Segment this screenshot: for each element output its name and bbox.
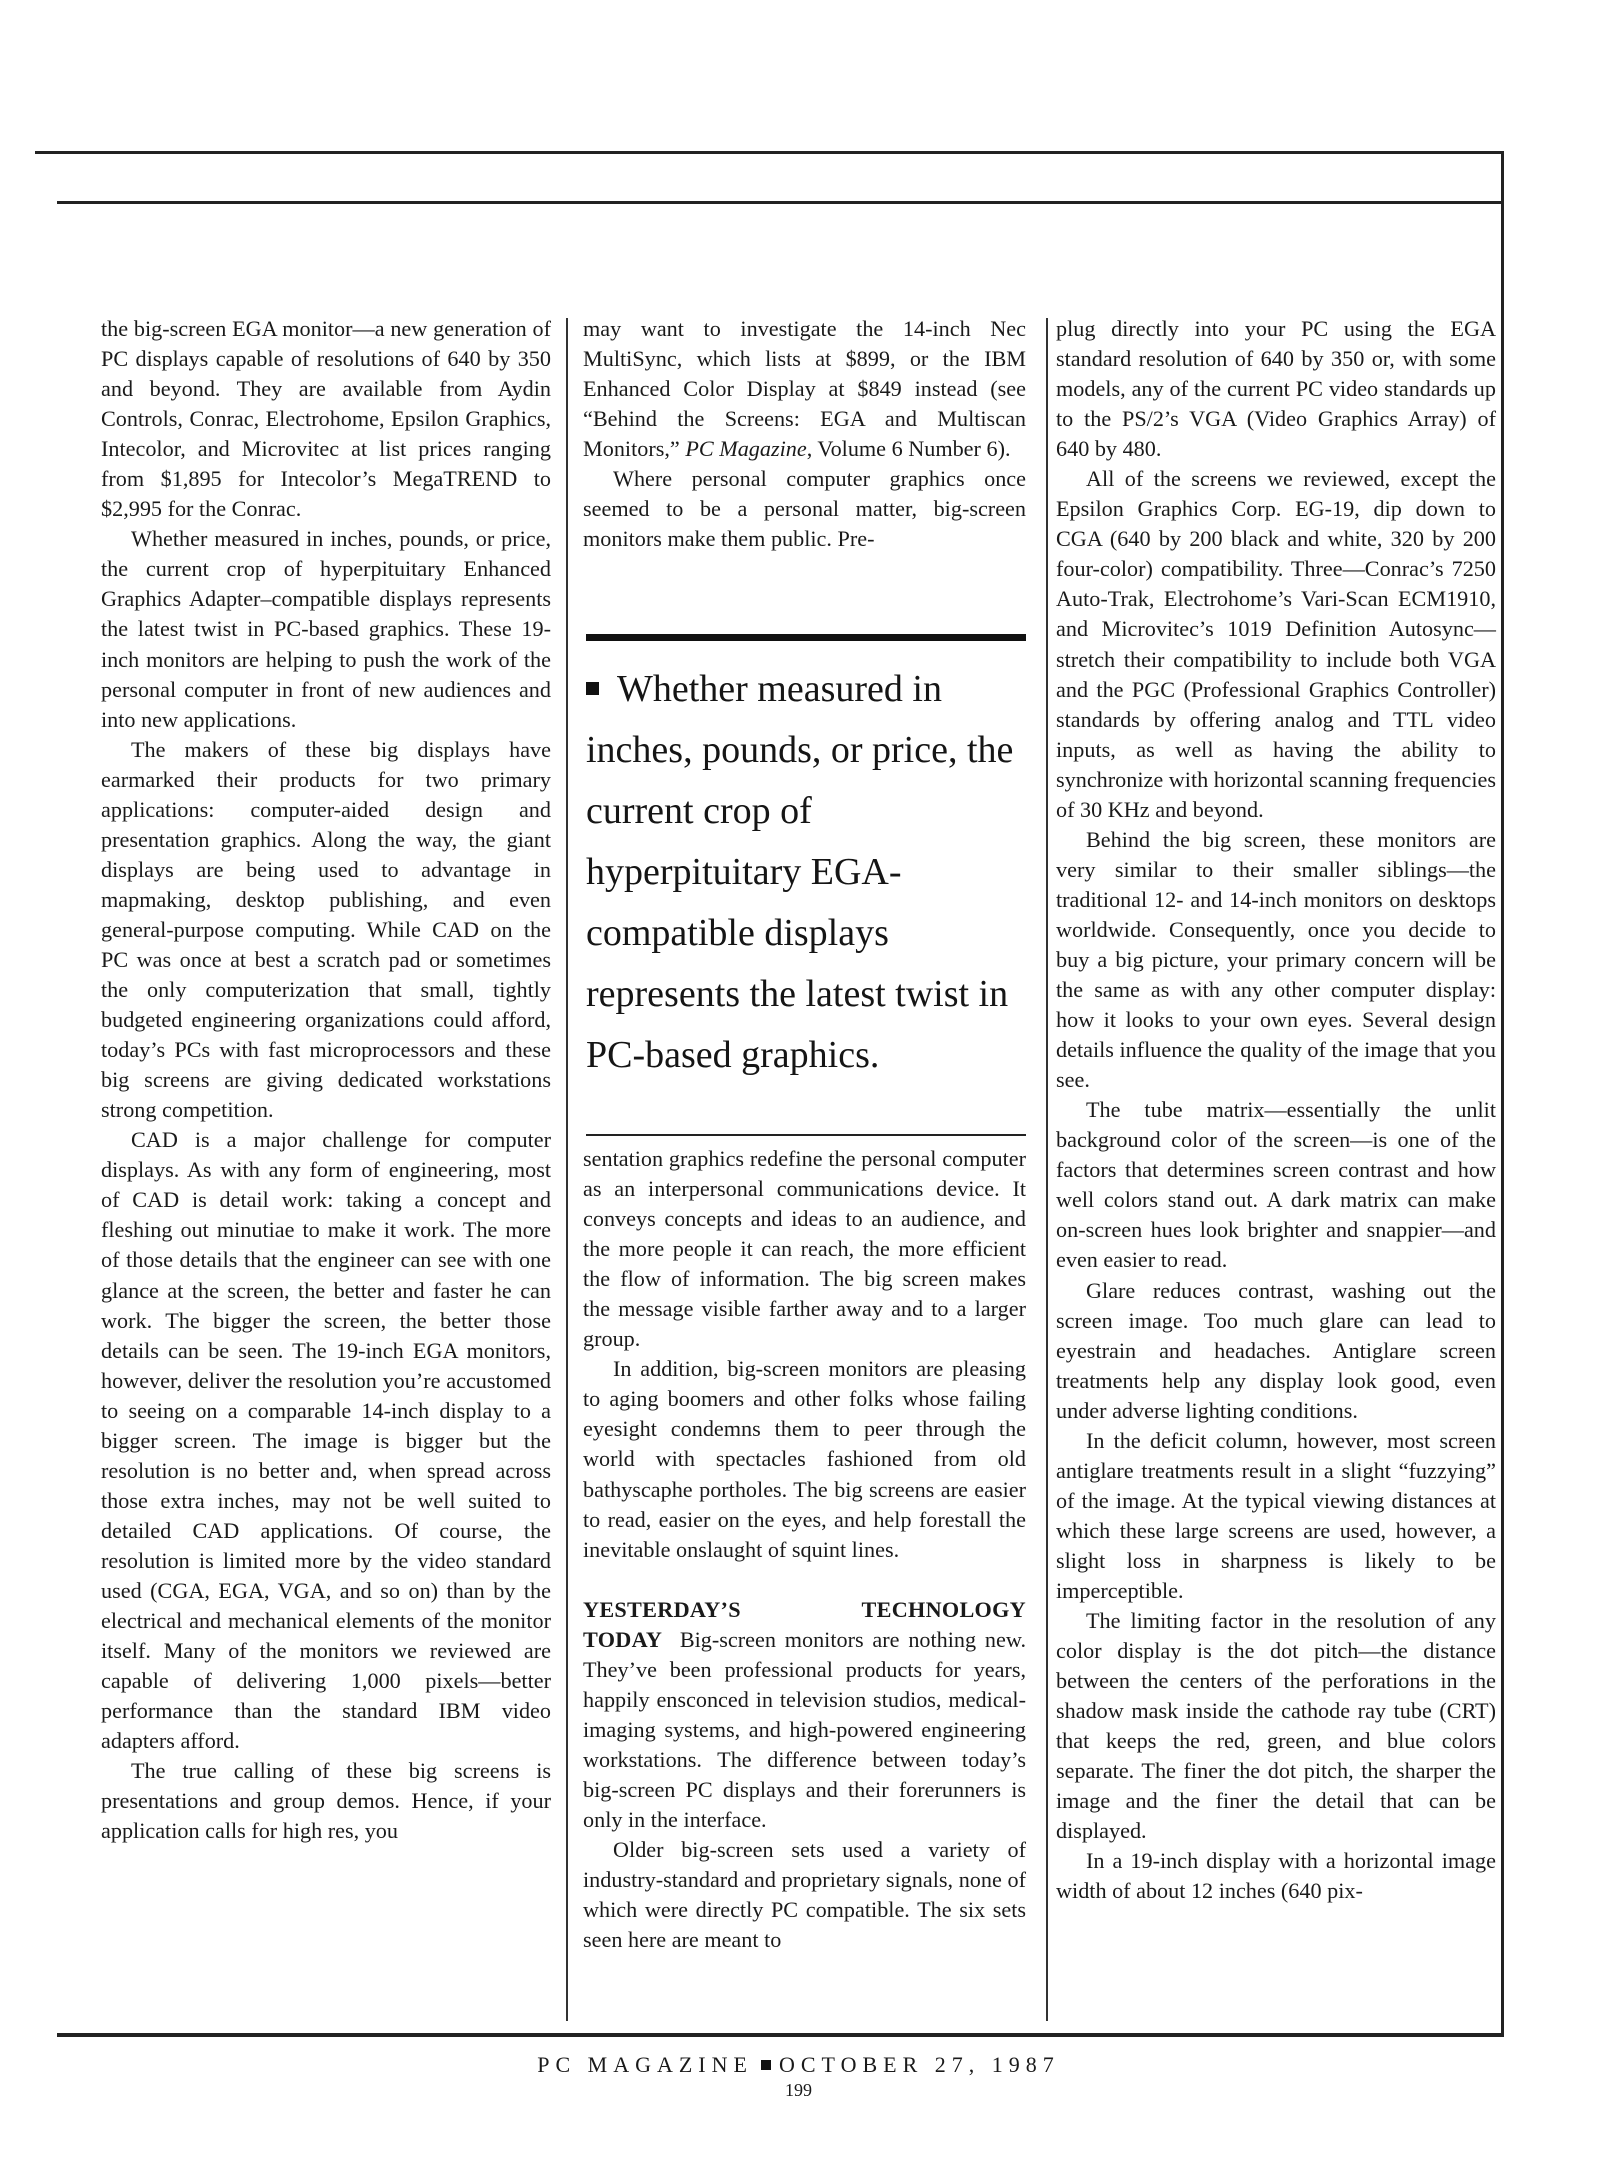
paragraph: In the deficit column, however, most scr… (1056, 1426, 1496, 1606)
citation-tail: , Volume 6 Number 6). (807, 436, 1011, 461)
header-rule (57, 201, 1504, 204)
article-column-3: plug directly into your PC using the EGA… (1056, 314, 1496, 1906)
column-divider (566, 318, 568, 2021)
paragraph: Where personal computer graphics once se… (583, 464, 1026, 554)
pull-quote: Whether measured in inches, pounds, or p… (586, 634, 1026, 1086)
citation-title: PC Magazine (685, 436, 806, 461)
paragraph: In a 19-inch display with a horizontal i… (1056, 1846, 1496, 1906)
pull-quote-top-rule (586, 634, 1026, 641)
top-rule (35, 151, 1504, 154)
paragraph: sentation graphics redefine the personal… (583, 1144, 1026, 1354)
article-column-2: may want to investigate the 14-inch Nec … (583, 314, 1026, 554)
pull-quote-body: Whether measured in inches, pounds, or p… (586, 668, 1013, 1076)
paragraph: YESTERDAY’S TECHNOLOGY TODAY Big-screen … (583, 1595, 1026, 1835)
paragraph: may want to investigate the 14-inch Nec … (583, 314, 1026, 464)
paragraph: Behind the big screen, these monitors ar… (1056, 825, 1496, 1095)
publication-name: PC MAGAZINE (537, 2052, 753, 2077)
paragraph: The makers of these big displays have ea… (101, 735, 551, 1126)
square-bullet-icon (586, 682, 599, 695)
paragraph: Glare reduces contrast, washing out the … (1056, 1276, 1496, 1426)
article-column-2-lower: sentation graphics redefine the personal… (583, 1144, 1026, 1955)
paragraph: the big-screen EGA monitor—a new generat… (101, 314, 551, 524)
paragraph: Whether measured in inches, pounds, or p… (101, 524, 551, 734)
paragraph-text: Big-screen monitors are nothing new. The… (583, 1627, 1026, 1832)
pull-quote-bottom-rule (586, 1134, 1026, 1136)
paragraph: CAD is a major challenge for computer di… (101, 1125, 551, 1756)
paragraph: The true calling of these big screens is… (101, 1756, 551, 1846)
paragraph: The limiting factor in the resolution of… (1056, 1606, 1496, 1846)
page-footer: PC MAGAZINEOCTOBER 27, 1987 (0, 2052, 1597, 2078)
article-column-1: the big-screen EGA monitor—a new generat… (101, 314, 551, 1846)
square-bullet-icon (761, 2060, 771, 2070)
paragraph: In addition, big-screen monitors are ple… (583, 1354, 1026, 1564)
pull-quote-text: Whether measured in inches, pounds, or p… (586, 659, 1026, 1086)
bottom-rule (57, 2033, 1504, 2037)
column-divider (1046, 318, 1048, 2021)
paragraph: Older big-screen sets used a variety of … (583, 1835, 1026, 1955)
spacer (583, 1565, 1026, 1595)
issue-date: OCTOBER 27, 1987 (779, 2052, 1060, 2077)
paragraph: plug directly into your PC using the EGA… (1056, 314, 1496, 464)
page-number: 199 (0, 2080, 1597, 2101)
frame-right-border (1501, 151, 1504, 2036)
paragraph: The tube matrix—essentially the unlit ba… (1056, 1095, 1496, 1275)
paragraph: All of the screens we reviewed, except t… (1056, 464, 1496, 825)
